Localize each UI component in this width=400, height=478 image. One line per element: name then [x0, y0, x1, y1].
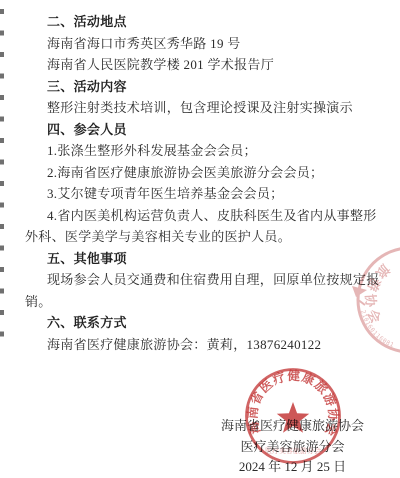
paragraph: 海南省人民医院教学楼 201 学术报告厅 — [25, 54, 381, 76]
section-location: 二、活动地点 海南省海口市秀英区秀华路 19 号 海南省人民医院教学楼 201 … — [25, 11, 381, 76]
section-participants: 四、参会人员 1.张涤生整形外科发展基金会会员； 2.海南省医疗健康旅游协会医美… — [25, 119, 381, 248]
signature-date: 2024 年 12 月 25 日 — [200, 457, 385, 478]
signature-org: 海南省医疗健康旅游协会 — [200, 416, 385, 437]
section-heading: 五、其他事项 — [25, 248, 381, 270]
list-item: 3.艾尔键专项青年医生培养基金会会员； — [25, 183, 381, 205]
contact-line: 海南省医疗健康旅游协会：黄莉，13876240122 — [25, 334, 381, 356]
section-contact: 六、联系方式 海南省医疗健康旅游协会：黄莉，13876240122 — [25, 312, 381, 355]
section-heading: 六、联系方式 — [25, 312, 381, 334]
section-content: 三、活动内容 整形注射类技术培训，包含理论授课及注射实操演示 — [25, 76, 381, 119]
signature-block: 海南省医疗健康旅游协会 医疗美容旅游分会 2024 年 12 月 25 日 — [200, 416, 385, 478]
paragraph: 现场参会人员交通费和住宿费用自理，回原单位按规定报销。 — [25, 269, 381, 312]
document-body: 二、活动地点 海南省海口市秀英区秀华路 19 号 海南省人民医院教学楼 201 … — [0, 11, 381, 355]
section-heading: 二、活动地点 — [25, 11, 381, 33]
section-other: 五、其他事项 现场参会人员交通费和住宿费用自理，回原单位按规定报销。 — [25, 248, 381, 313]
paragraph: 海南省海口市秀英区秀华路 19 号 — [25, 33, 381, 55]
signature-branch: 医疗美容旅游分会 — [200, 437, 385, 458]
section-heading: 四、参会人员 — [25, 119, 381, 141]
paragraph: 整形注射类技术培训，包含理论授课及注射实操演示 — [25, 97, 381, 119]
list-item: 1.张涤生整形外科发展基金会会员； — [25, 140, 381, 162]
list-item: 4.省内医美机构运营负责人、皮肤科医生及省内从事整形外科、医学美学与美容相关专业… — [25, 205, 381, 248]
list-item: 2.海南省医疗健康旅游协会医美旅游分会会员； — [25, 162, 381, 184]
section-heading: 三、活动内容 — [25, 76, 381, 98]
